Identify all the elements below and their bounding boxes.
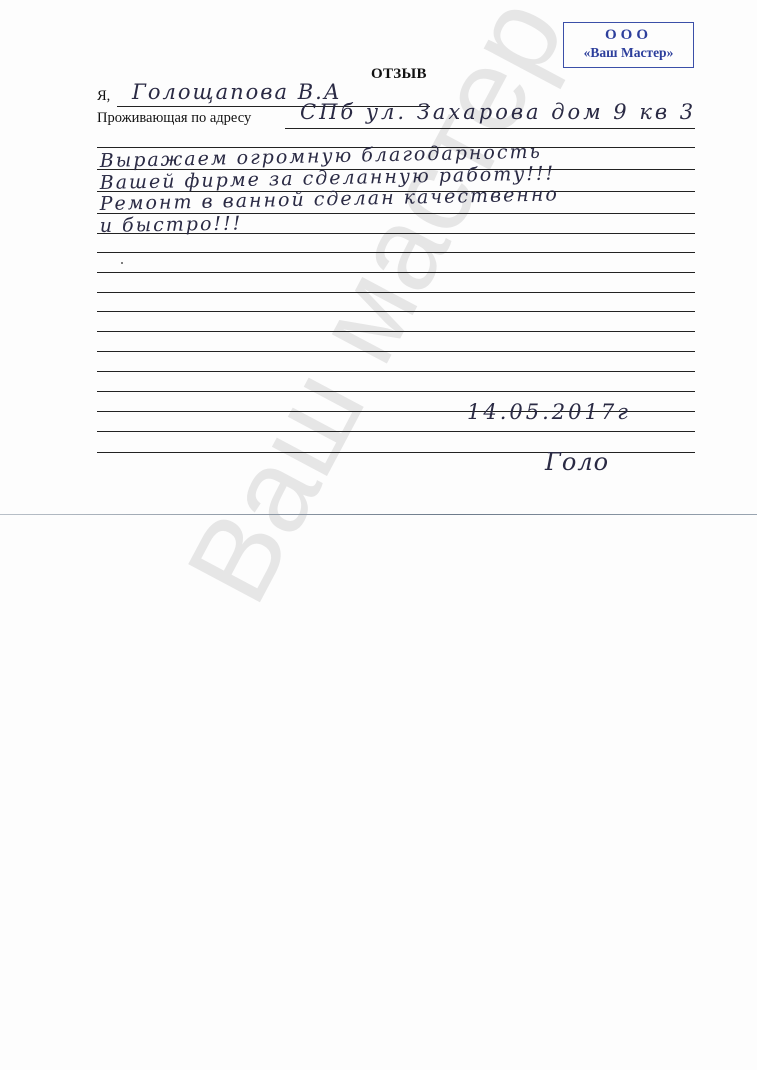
ruled-line [97, 371, 695, 372]
ruled-line [97, 252, 695, 253]
review-form-page: Ваш мастер ООО «Ваш Мастер» ОТЗЫВ Я, Гол… [0, 0, 757, 1070]
address-label: Проживающая по адресу [97, 110, 251, 127]
fold-line [0, 514, 757, 515]
ruled-line [97, 292, 695, 293]
ruled-line [97, 351, 695, 352]
stamp-line-1: ООО [564, 27, 693, 44]
stamp-line-2: «Ваш Мастер» [564, 44, 693, 61]
company-stamp: ООО «Ваш Мастер» [563, 22, 694, 68]
handwritten-address: СПб ул. Захарова дом 9 кв 3 [300, 100, 696, 124]
address-rule [285, 128, 695, 129]
ruled-line [97, 311, 695, 312]
body-line-4: и быстро!!! [100, 213, 243, 237]
ruled-line [97, 391, 695, 392]
signature: Голо [545, 448, 609, 476]
ink-dot [121, 262, 123, 264]
ruled-line [97, 272, 695, 273]
ruled-line [97, 331, 695, 332]
ruled-line [97, 431, 695, 432]
form-title: ОТЗЫВ [371, 66, 427, 83]
handwritten-date: 14.05.2017г [467, 400, 631, 424]
name-label: Я, [97, 88, 110, 105]
